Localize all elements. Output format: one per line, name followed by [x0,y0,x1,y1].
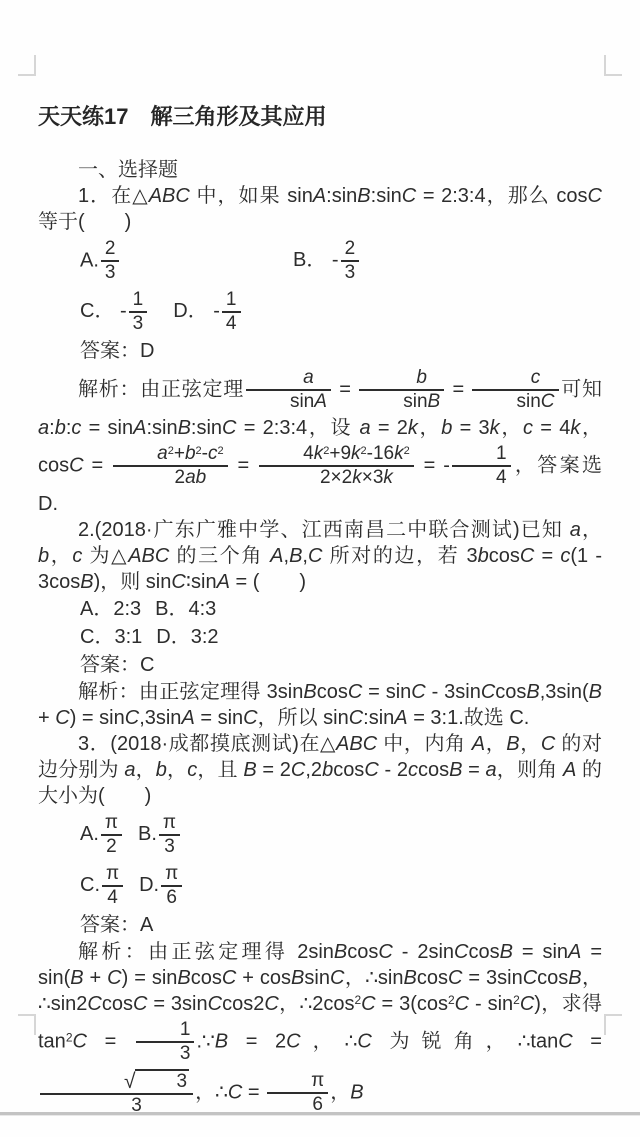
document-page: 天天练17 解三角形及其应用 一、选择题 1．在△ABC 中，如果 sinA:s… [0,0,640,1137]
question-2-option-d: D．3:2 [156,626,218,648]
question-1-option-c: C． -13 [80,300,149,322]
question-1-option-b: B． -23 [293,249,361,271]
question-3-answer: 答案：A [38,912,602,939]
question-3-option-a: A.π2 [80,823,124,845]
page-corner-mark-bottom-right [604,1014,622,1035]
page-corner-mark-bottom-left [18,1014,36,1035]
question-1-option-a: A.23 [80,236,293,286]
question-1-options-row-2: C． -13D． -14 [38,287,602,337]
question-3-analysis: 解析：由正弦定理得 2sinBcosC - 2sinCcosB = sinA =… [38,939,602,1119]
question-2-options-row-2: C．3:1D．3:2 [38,624,602,651]
question-1-option-d: D． -14 [173,300,242,322]
page-corner-mark-top-left [18,55,36,76]
worksheet-title: 天天练17 解三角形及其应用 [38,100,602,131]
question-2-option-b: B．4:3 [155,598,216,620]
question-3-options-row-1: A.π2B.π3 [38,810,602,860]
question-3-options-row-2: C.π4D.π6 [38,861,602,911]
question-1-stem: 1．在△ABC 中，如果 sinA:sinB:sinC = 2:3:4，那么 c… [38,183,602,235]
question-3-option-d: D.π6 [139,874,184,896]
document-content: 天天练17 解三角形及其应用 一、选择题 1．在△ABC 中，如果 sinA:s… [38,100,602,1119]
question-2-analysis: 解析：由正弦定理得 3sinBcosC = sinC - 3sinCcosB,3… [38,679,602,731]
question-2-option-c: C．3:1 [80,626,142,648]
question-2-options-row-1: A．2:3B．4:3 [38,596,602,623]
question-1-analysis: 解析：由正弦定理asinA = bsinB = csinC可知 a:b:c = … [38,365,602,517]
section-heading: 一、选择题 [38,157,602,183]
page-corner-mark-top-right [604,55,622,76]
page-break-separator [0,1112,640,1116]
question-1-options-row-1: A.23B． -23 [38,236,602,286]
question-2-stem: 2.(2018·广东广雅中学、江西南昌二中联合测试)已知 a，b，c 为△ABC… [38,517,602,595]
question-3-option-c: C.π4 [80,874,125,896]
question-2-answer: 答案：C [38,652,602,679]
question-3-option-b: B.π3 [138,823,182,845]
question-3-stem: 3．(2018·成都摸底测试)在△ABC 中，内角 A，B，C 的对边分别为 a… [38,731,602,809]
question-1-answer: 答案：D [38,338,602,365]
question-2-option-a: A．2:3 [80,598,141,620]
